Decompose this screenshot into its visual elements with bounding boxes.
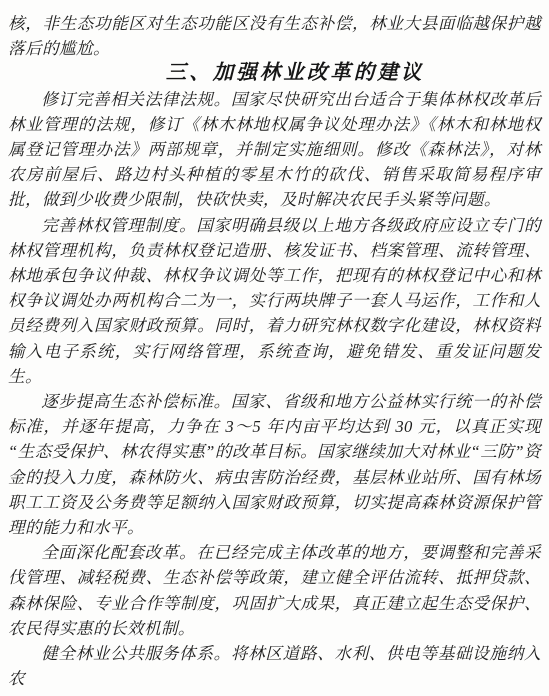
paragraph-deepen-supporting-reform: 全面深化配套改革。在已经完成主体改革的地方，要调整和完善采伐管理、减轻税费、生态… [8, 540, 541, 641]
paragraph-forest-rights-management: 完善林权管理制度。国家明确县级以上地方各级政府应设立专门的林权管理机构，负责林权… [8, 213, 541, 389]
section-heading: 三、加强林业改革的建议 [8, 61, 541, 86]
paragraph-eco-compensation-standard: 逐步提高生态补偿标准。国家、省级和地方公益林实行统一的补偿标准，并逐年提高，力争… [8, 389, 541, 540]
continuation-paragraph: 核，非生态功能区对生态功能区没有生态补偿，林业大县面临越保护越落后的尴尬。 [8, 11, 541, 61]
paragraph-revise-laws: 修订完善相关法律法规。国家尽快研究出台适合于集体林权改革后林业管理的法规，修订《… [8, 87, 541, 213]
paragraph-public-service-system-truncated: 健全林业公共服务体系。将林区道路、水利、供电等基础设施纳入农 [8, 641, 541, 691]
document-page: 核，非生态功能区对生态功能区没有生态补偿，林业大县面临越保护越落后的尴尬。 三、… [0, 0, 549, 696]
